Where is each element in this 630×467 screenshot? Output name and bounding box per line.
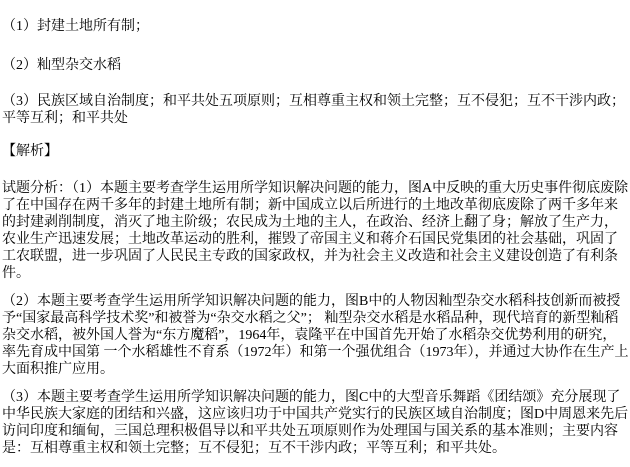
analysis-paragraph-2: （2）本题主要考查学生运用所学知识解决问题的能力，图B中的人物因籼型杂交水稻科技…: [2, 293, 629, 378]
answer-item-3: （3）民族区域自治制度；和平共处五项原则；互相尊重主权和领土完整；互不侵犯；互不…: [2, 93, 629, 127]
document-page: （1）封建土地所有制； （2）籼型杂交水稻 （3）民族区域自治制度；和平共处五项…: [0, 0, 630, 467]
analysis-section-header: 【解析】: [2, 143, 629, 160]
answer-item-1: （1）封建土地所有制；: [2, 18, 629, 35]
analysis-paragraph-3: （3）本题主要考查学生运用所学知识解决问题的能力，图C中的大型音乐舞蹈《团结颂》…: [2, 389, 629, 457]
answer-item-2: （2）籼型杂交水稻: [2, 57, 629, 74]
analysis-paragraph-1: 试题分析：（1）本题主要考查学生运用所学知识解决问题的能力，图A中反映的重大历史…: [2, 180, 629, 282]
